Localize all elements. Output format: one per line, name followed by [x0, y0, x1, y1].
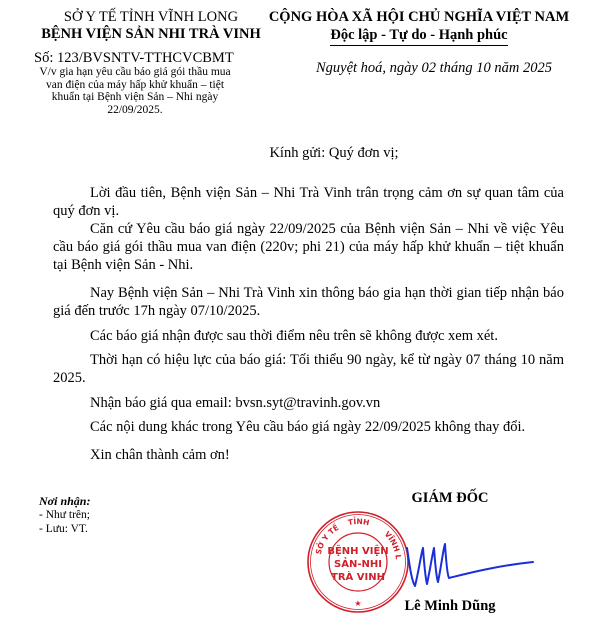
paragraph-validity: Thời hạn có hiệu lực của báo giá: Tối th…: [53, 351, 564, 387]
signature-scribble-icon: [405, 540, 535, 590]
paragraph-extension: Nay Bệnh viện Sản – Nhi Trà Vinh xin thô…: [53, 284, 564, 320]
subject-line: V/v gia hạn yêu cầu báo giá gói thầu mua: [34, 66, 236, 79]
paragraph-late-notice: Các báo giá nhận được sau thời điểm nêu …: [53, 327, 564, 345]
paragraph-greeting: Lời đầu tiên, Bệnh viện Sản – Nhi Trà Vi…: [53, 184, 564, 220]
recipient-item: - Lưu: VT.: [39, 522, 90, 536]
document-number: Số: 123/BVSNTV-TTHCVCBMT: [34, 50, 234, 67]
paragraph-basis: Căn cứ Yêu cầu báo giá ngày 22/09/2025 c…: [53, 220, 564, 274]
seal-line-2: SẢN-NHI: [334, 556, 382, 570]
nation-name: CỘNG HÒA XÃ HỘI CHỦ NGHĨA VIỆT NAM: [242, 9, 596, 26]
seal-line-3: TRÀ VINH: [331, 570, 385, 583]
svg-text:★: ★: [354, 599, 361, 608]
subject-line: van điện của máy hấp khử khuẩn – tiệt: [34, 79, 236, 92]
salutation: Kính gửi: Quý đơn vị;: [0, 145, 598, 162]
document-subject: V/v gia hạn yêu cầu báo giá gói thầu mua…: [34, 66, 236, 116]
recipients-block: Nơi nhận: - Như trên; - Lưu: VT.: [39, 494, 90, 536]
place-and-date: Nguyệt hoá, ngày 02 tháng 10 năm 2025: [300, 60, 568, 77]
recipient-item: - Như trên;: [39, 508, 90, 522]
national-motto: Độc lập - Tự do - Hạnh phúc: [330, 27, 507, 46]
paragraph-email: Nhận báo giá qua email: bvsn.syt@travinh…: [53, 394, 564, 412]
national-header-block: CỘNG HÒA XÃ HỘI CHỦ NGHĨA VIỆT NAM Độc l…: [242, 9, 596, 46]
paragraph-thanks: Xin chân thành cảm ơn!: [53, 446, 564, 464]
subject-line: khuẩn tại Bệnh viện Sản – Nhi ngày: [34, 91, 236, 104]
seal-line-1: BỆNH VIỆN: [327, 544, 388, 557]
subject-line: 22/09/2025.: [34, 104, 236, 117]
paragraph-unchanged: Các nội dung khác trong Yêu cầu báo giá …: [53, 418, 564, 436]
signer-position: GIÁM ĐỐC: [380, 490, 520, 507]
recipients-title: Nơi nhận:: [39, 494, 90, 508]
seal-outer-top: TỈNH: [347, 516, 370, 527]
svg-text:TỈNH: TỈNH: [347, 516, 370, 527]
signer-name: Lê Minh Dũng: [380, 598, 520, 615]
